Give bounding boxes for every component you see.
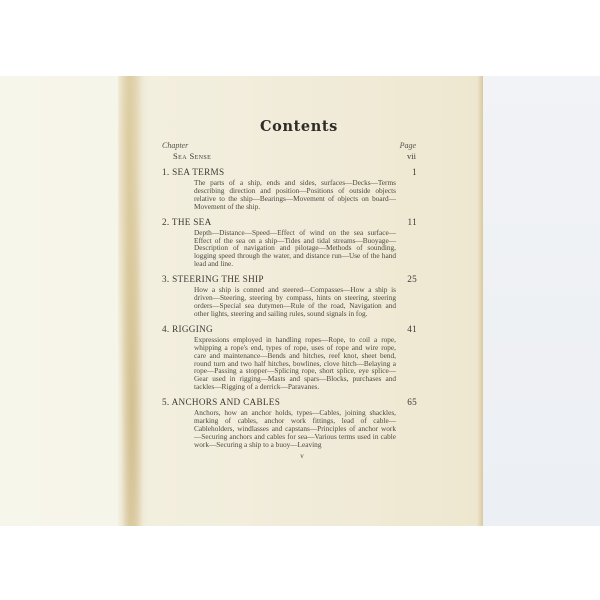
chapter-description: Anchors, how an anchor holds, types—Cabl…: [194, 409, 396, 449]
left-page: [0, 76, 118, 526]
page-title: Contents: [162, 118, 418, 135]
toc-entry-sea-terms: 1. SEA TERMS 1 The parts of a ship, ends…: [162, 167, 418, 211]
chapter-heading: 5. ANCHORS AND CABLES: [162, 397, 280, 407]
chapter-heading: 3. STEERING THE SHIP: [162, 274, 264, 284]
toc-entry-rigging: 4. RIGGING 41 Expressions employed in ha…: [162, 324, 418, 391]
book-spine: [118, 76, 144, 526]
toc-entry-anchors-and-cables: 5. ANCHORS AND CABLES 65 Anchors, how an…: [162, 397, 418, 449]
prelim-title: Sea Sense: [162, 151, 211, 161]
prelim-page: vii: [407, 151, 418, 161]
chapter-description: How a ship is conned and steered—Compass…: [194, 286, 396, 318]
prelim-entry: Sea Sense vii: [162, 151, 418, 161]
chapter-page: 25: [407, 274, 418, 284]
chapter-description: The parts of a ship, ends and sides, sur…: [194, 179, 396, 211]
chapter-heading: 4. RIGGING: [162, 324, 213, 334]
toc-entry-the-sea: 2. THE SEA 11 Depth—Distance—Speed—Effec…: [162, 217, 418, 269]
chapter-description: Expressions employed in handling ropes—R…: [194, 336, 396, 391]
page-number-folio: v: [162, 452, 418, 460]
chapter-page: 1: [412, 167, 418, 177]
chapter-description: Depth—Distance—Speed—Effect of wind on t…: [194, 229, 396, 269]
chapter-page: 41: [407, 324, 418, 334]
contents-page: Contents Chapter Page Sea Sense vii 1. S…: [162, 118, 418, 460]
toc-entry-steering-the-ship: 3. STEERING THE SHIP 25 How a ship is co…: [162, 274, 418, 318]
background-surface: [483, 76, 600, 526]
chapter-page: 11: [408, 217, 418, 227]
column-headers: Chapter Page: [162, 141, 418, 150]
chapter-heading: 1. SEA TERMS: [162, 167, 224, 177]
chapter-column-header: Chapter: [162, 141, 188, 150]
page-column-header: Page: [400, 141, 418, 150]
chapter-page: 65: [407, 397, 418, 407]
chapter-heading: 2. THE SEA: [162, 217, 212, 227]
